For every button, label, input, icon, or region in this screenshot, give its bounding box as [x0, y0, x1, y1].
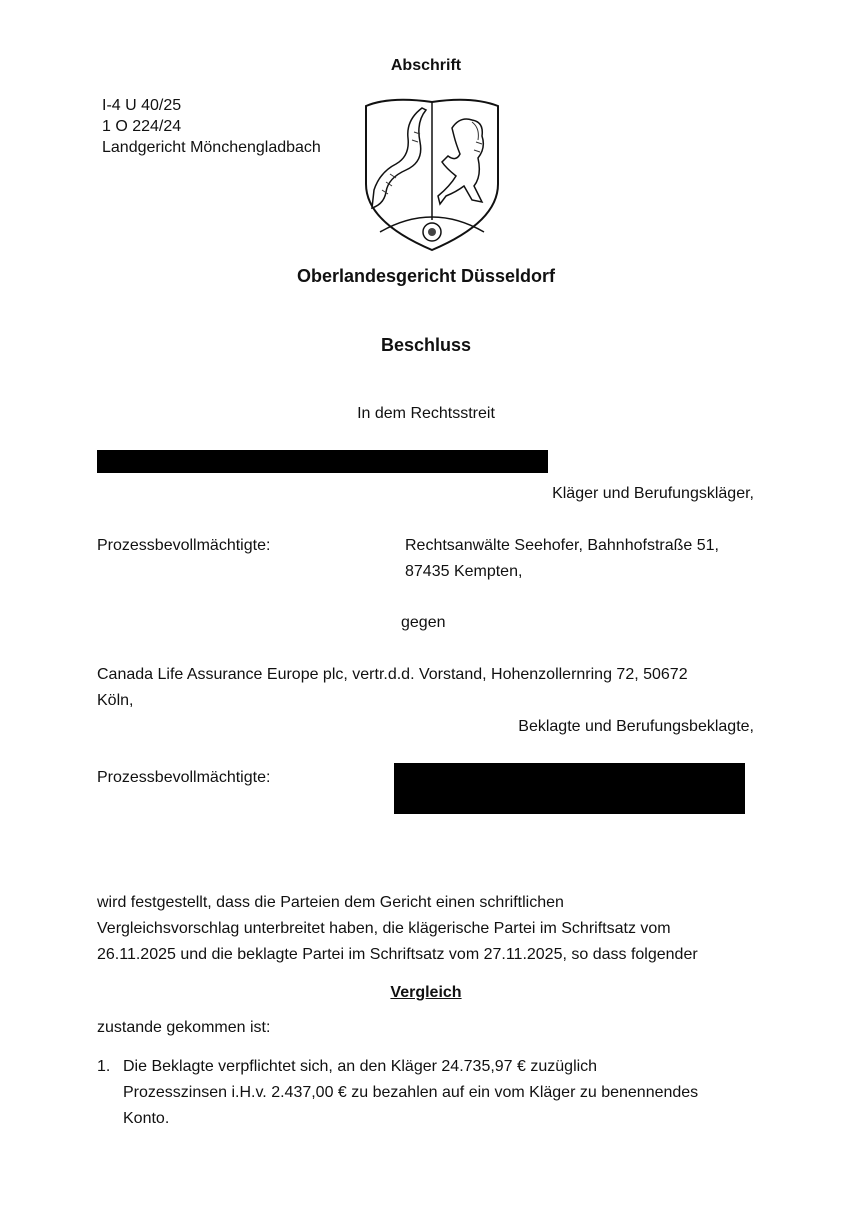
plaintiff-counsel-label: Prozessbevollmächtigte: — [97, 536, 270, 556]
court-name: Oberlandesgericht Düsseldorf — [0, 265, 852, 287]
item-text: Die Beklagte verpflichtet sich, an den K… — [123, 1054, 698, 1132]
settlement-intro: zustande gekommen ist: — [97, 1018, 270, 1038]
plaintiff-counsel-line: Rechtsanwälte Seehofer, Bahnhofstraße 51… — [405, 533, 719, 559]
defendant-counsel-redacted — [394, 763, 745, 814]
item-line: Konto. — [123, 1106, 698, 1132]
paragraph-line: 26.11.2025 und die beklagte Partei im Sc… — [97, 942, 698, 968]
copy-label: Abschrift — [0, 56, 852, 76]
proceedings-intro: In dem Rechtsstreit — [0, 404, 852, 424]
settlement-heading: Vergleich — [0, 983, 852, 1003]
lower-court-name: Landgericht Mönchengladbach — [102, 137, 321, 158]
plaintiff-name-redacted — [97, 450, 548, 473]
nrw-coat-of-arms-icon — [360, 92, 505, 254]
versus-label: gegen — [401, 613, 446, 633]
defendant-counsel-label: Prozessbevollmächtigte: — [97, 768, 270, 788]
case-reference-block: I-4 U 40/25 1 O 224/24 Landgericht Mönch… — [102, 95, 321, 158]
appeal-case-number: I-4 U 40/25 — [102, 95, 321, 116]
defendant-address: Canada Life Assurance Europe plc, vertr.… — [97, 662, 688, 714]
defendant-line: Köln, — [97, 688, 688, 714]
item-number: 1. — [97, 1054, 110, 1080]
plaintiff-counsel-address: Rechtsanwälte Seehofer, Bahnhofstraße 51… — [405, 536, 719, 585]
item-line: Die Beklagte verpflichtet sich, an den K… — [123, 1054, 698, 1080]
defendant-line: Canada Life Assurance Europe plc, vertr.… — [97, 662, 688, 688]
defendant-role: Beklagte und Berufungsbeklagte, — [518, 717, 754, 737]
paragraph-line: Vergleichsvorschlag unterbreitet haben, … — [97, 916, 698, 942]
plaintiff-role: Kläger und Berufungskläger, — [552, 484, 754, 504]
paragraph-line: wird festgestellt, dass die Parteien dem… — [97, 890, 698, 916]
lower-court-case-number: 1 O 224/24 — [102, 116, 321, 137]
item-line: Prozesszinsen i.H.v. 2.437,00 € zu bezah… — [123, 1080, 698, 1106]
document-type-title: Beschluss — [0, 334, 852, 356]
plaintiff-counsel-line: 87435 Kempten, — [405, 559, 719, 585]
decision-paragraph: wird festgestellt, dass die Parteien dem… — [97, 890, 698, 968]
